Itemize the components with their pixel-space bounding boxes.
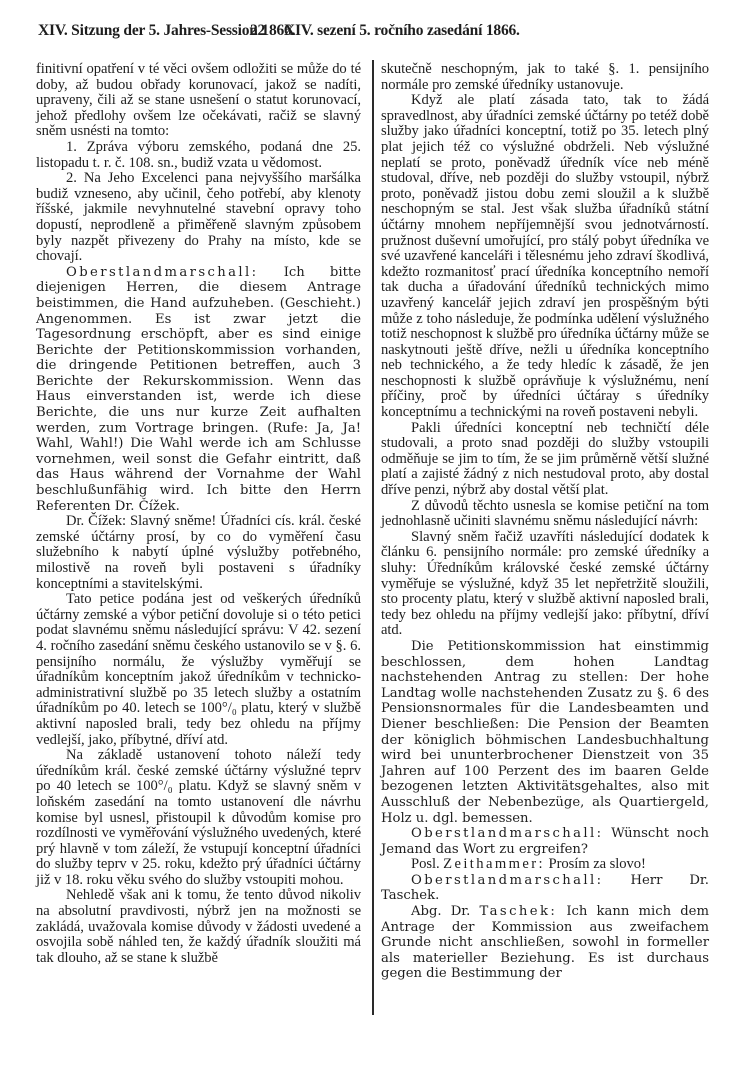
- left-column: finitivní opatření v té věci ovšem odlož…: [36, 62, 361, 966]
- paragraph: Slavný sněm řačiž uzavříti následující d…: [381, 530, 709, 639]
- paragraph: 2. Na Jeho Excelenci pana nejvyššího mar…: [36, 171, 361, 265]
- speaker-name: Oberstlandmarschall:: [411, 826, 604, 841]
- column-divider: [372, 60, 374, 1015]
- paragraph: skutečně neschopným, jak to také §. 1. p…: [381, 62, 709, 93]
- speech-text: Prosím za slovo!: [549, 856, 646, 872]
- paragraph: Pakli úředníci konceptní neb techničtí d…: [381, 421, 709, 499]
- paragraph: Na základě ustanovení tohoto náleží tedy…: [36, 748, 361, 888]
- paragraph: Z důvodů těchto usnesla se komise petičn…: [381, 499, 709, 530]
- speaker-name: Oberstlandmarschall:: [66, 265, 259, 280]
- speech: Oberstlandmarschall: Ich bitte diejenige…: [36, 265, 361, 515]
- speaker-name: Dr. Čížek:: [66, 513, 126, 529]
- speech: Dr. Čížek: Slavný sněme! Úřadníci cís. k…: [36, 514, 361, 592]
- speaker-title: Abg. Dr.: [411, 904, 470, 919]
- speech: Abg. Dr. Taschek: Ich kann mich dem Antr…: [381, 904, 709, 982]
- speech: Oberstlandmarschall: Herr Dr. Taschek.: [381, 873, 709, 904]
- speaker-name: Zeithammer:: [443, 856, 545, 872]
- running-header: XIV. Sitzung der 5. Jahres-Session 1866.…: [38, 22, 718, 44]
- speaker-name: Oberstlandmarschall:: [411, 873, 604, 888]
- right-column: skutečně neschopným, jak to také §. 1. p…: [381, 62, 709, 982]
- paragraph: Tato petice podána jest od veškerých úře…: [36, 592, 361, 748]
- page-number: 22: [250, 22, 265, 40]
- paragraph: Nehledě však ani k tomu, že tento důvod …: [36, 888, 361, 966]
- speaker-name: Taschek:: [479, 904, 557, 919]
- speech-text: Ich bitte diejenigen Herren, die diesem …: [36, 265, 361, 514]
- paragraph: 1. Zpráva výboru zemského, podaná dne 25…: [36, 140, 361, 171]
- paragraph: Die Petitionskommission hat einstimmig b…: [381, 639, 709, 826]
- speech: Posl. Zeithammer: Prosím za slovo!: [381, 857, 709, 873]
- paragraph: Když ale platí zásada tato, tak to žádá …: [381, 93, 709, 420]
- paragraph: finitivní opatření v té věci ovšem odlož…: [36, 62, 361, 140]
- speaker-title: Posl.: [411, 856, 440, 872]
- speech: Oberstlandmarschall: Wünscht noch Jemand…: [381, 826, 709, 857]
- header-czech: XIV. sezení 5. ročního zasedání 1866.: [284, 22, 520, 40]
